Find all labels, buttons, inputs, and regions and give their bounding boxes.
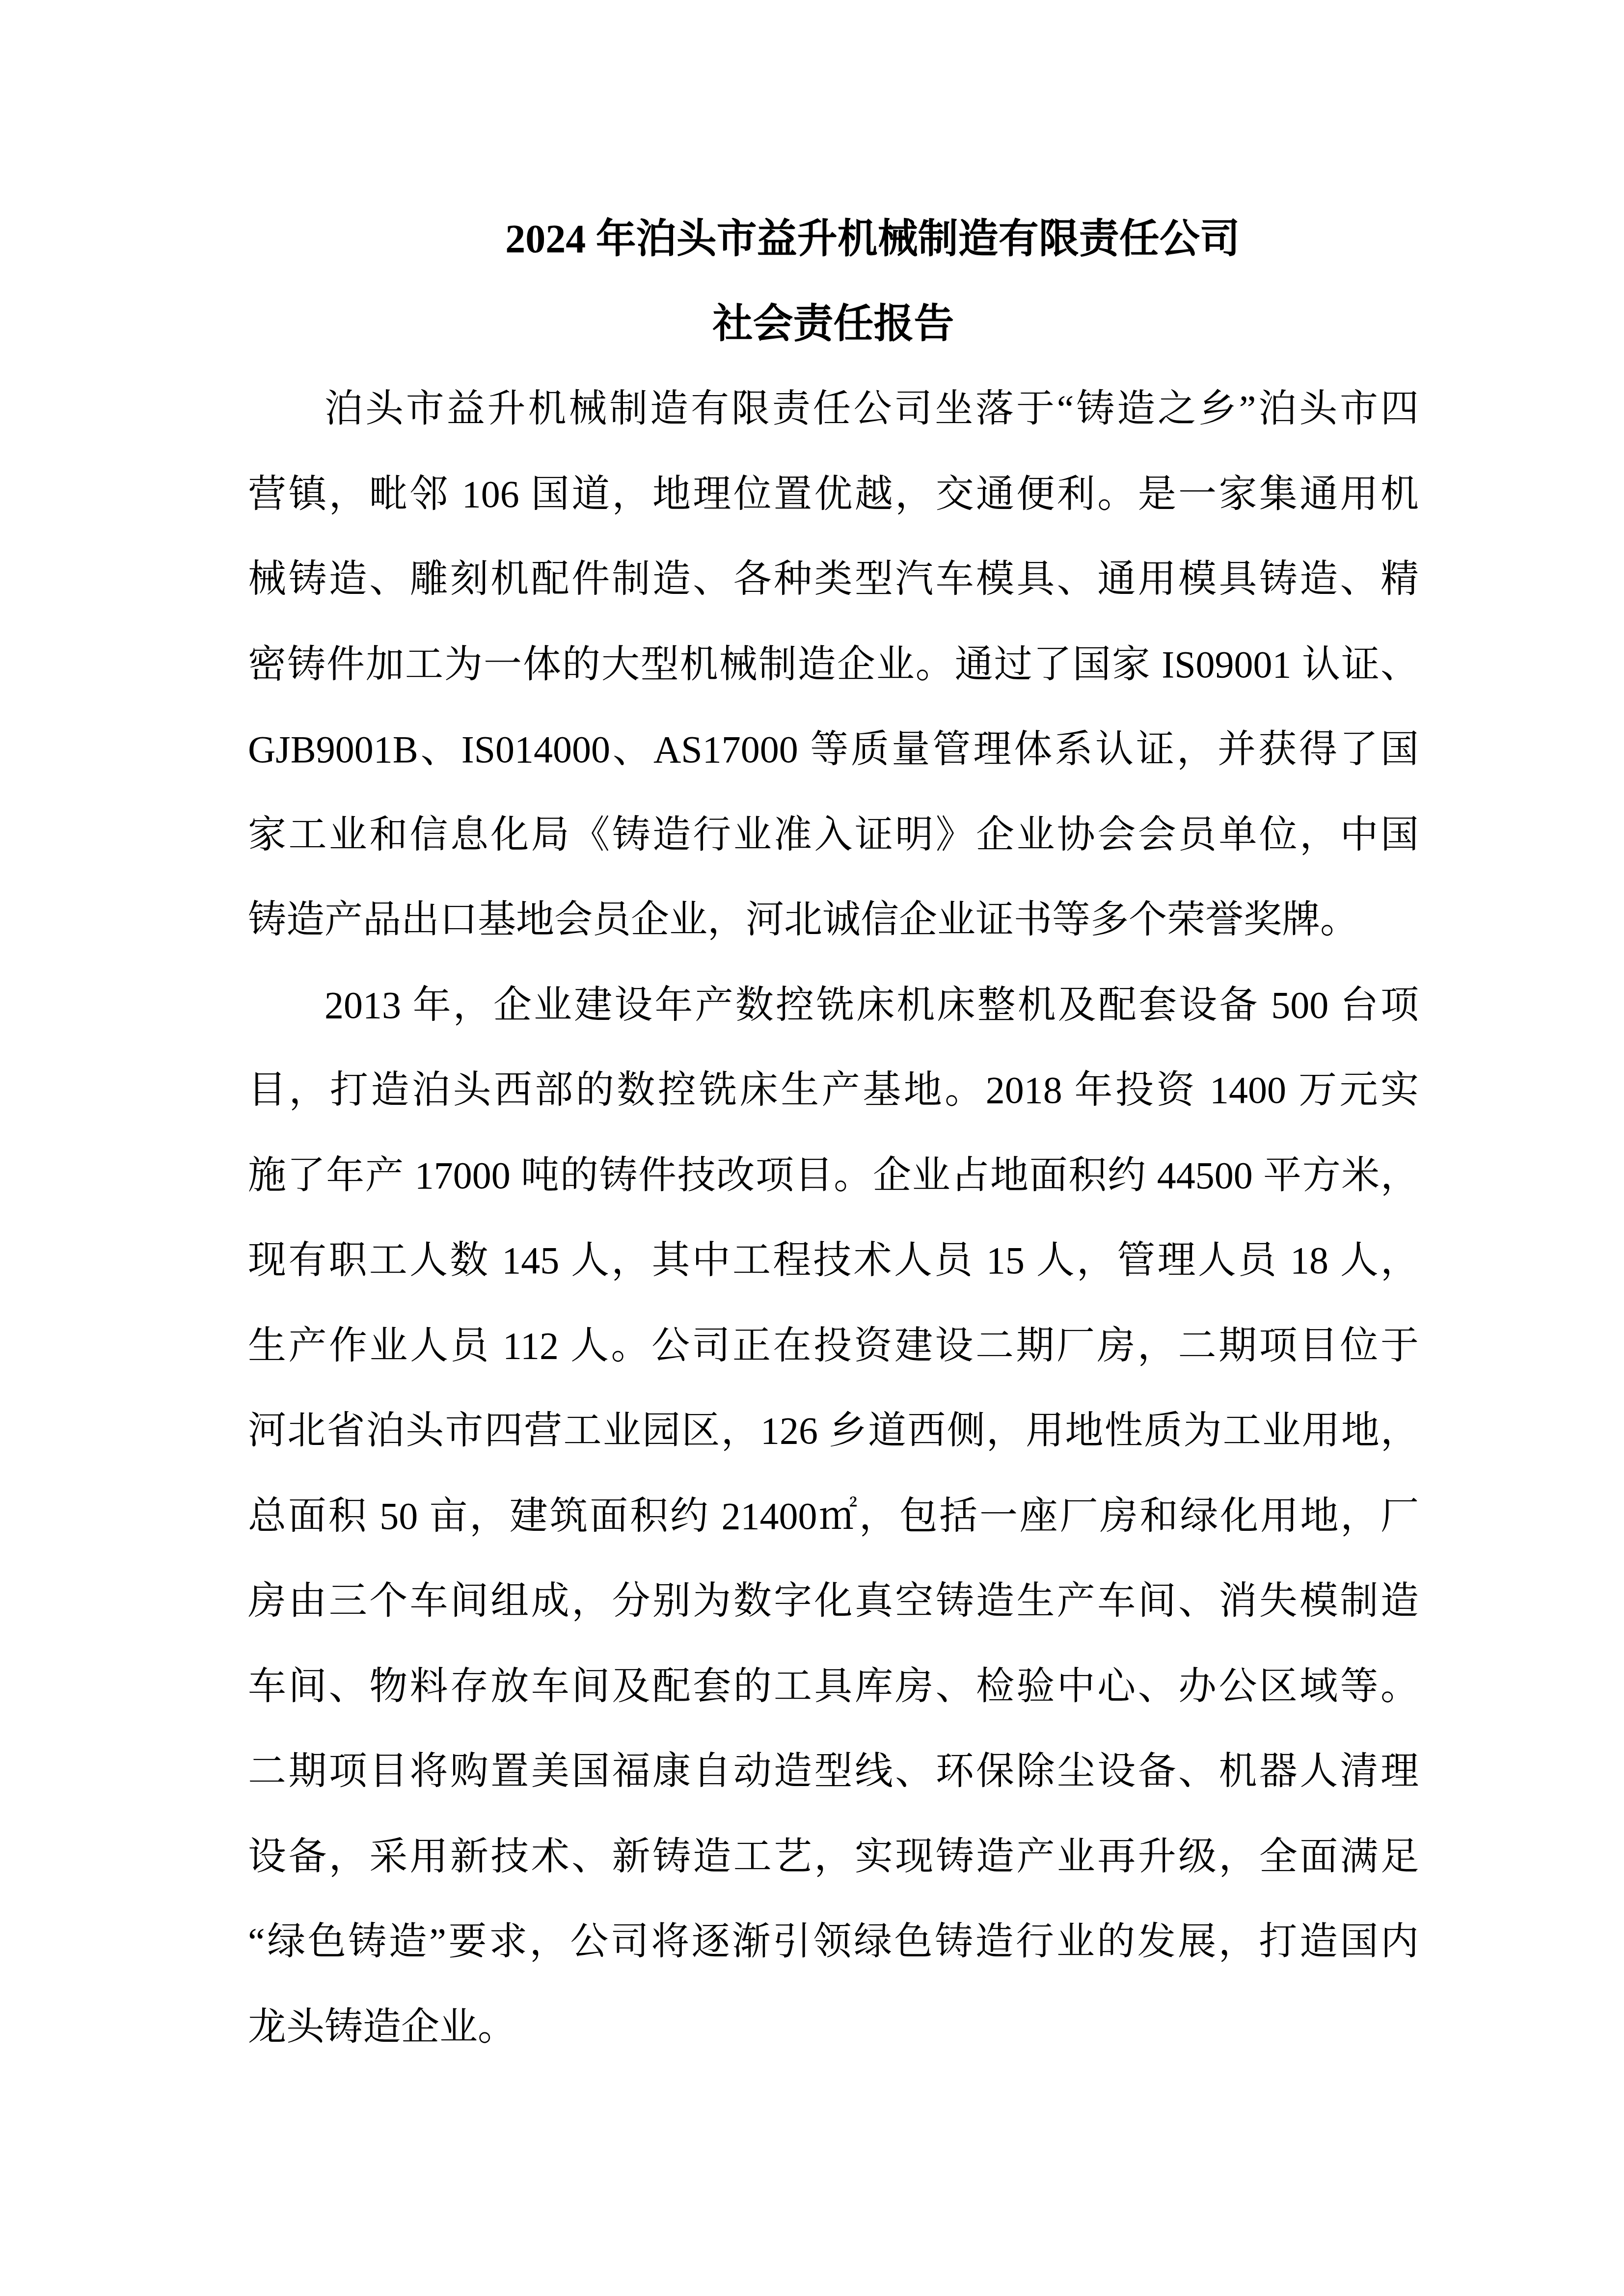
text-line: 铸造产品出口基地会员企业，河北诚信企业证书等多个荣誉奖牌。 [248, 877, 1419, 962]
text-line: 家工业和信息化局《铸造行业准入证明》企业协会会员单位，中国 [248, 792, 1419, 878]
text-line: 施了年产 17000 吨的铸件技改项目。企业占地面积约 44500 平方米， [248, 1133, 1419, 1218]
text-line: 车间、物料存放车间及配套的工具库房、检验中心、办公区域等。 [248, 1644, 1419, 1729]
page-title: 2024 年泊头市益升机械制造有限责任公司 [248, 196, 1419, 281]
text-line: 现有职工人数 145 人，其中工程技术人员 15 人，管理人员 18 人， [248, 1218, 1419, 1303]
document-page: 2024 年泊头市益升机械制造有限责任公司 社会责任报告 泊头市益升机械制造有限… [0, 0, 1624, 2296]
text-line: 泊头市益升机械制造有限责任公司坐落于“铸造之乡”泊头市四 [248, 366, 1419, 452]
text-line: 目，打造泊头西部的数控铣床生产基地。2018 年投资 1400 万元实 [248, 1047, 1419, 1133]
text-line: 密铸件加工为一体的大型机械制造企业。通过了国家 IS09001 认证、 [248, 622, 1419, 707]
text-line: 龙头铸造企业。 [248, 1984, 1419, 2070]
text-line: 房由三个车间组成，分别为数字化真空铸造生产车间、消失模制造 [248, 1558, 1419, 1644]
document-content: 2024 年泊头市益升机械制造有限责任公司 社会责任报告 泊头市益升机械制造有限… [248, 196, 1419, 2069]
text-line: 二期项目将购置美国福康自动造型线、环保除尘设备、机器人清理 [248, 1729, 1419, 1814]
text-line: 总面积 50 亩，建筑面积约 21400㎡，包括一座厂房和绿化用地，厂 [248, 1473, 1419, 1559]
document-body: 泊头市益升机械制造有限责任公司坐落于“铸造之乡”泊头市四营镇，毗邻 106 国道… [248, 366, 1419, 2069]
page-subtitle: 社会责任报告 [248, 281, 1419, 366]
text-line: “绿色铸造”要求，公司将逐渐引领绿色铸造行业的发展，打造国内 [248, 1899, 1419, 1984]
text-line: 河北省泊头市四营工业园区，126 乡道西侧，用地性质为工业用地， [248, 1388, 1419, 1473]
text-line: 营镇，毗邻 106 国道，地理位置优越，交通便利。是一家集通用机 [248, 452, 1419, 537]
text-line: GJB9001B、IS014000、AS17000 等质量管理体系认证，并获得了… [248, 707, 1419, 792]
text-line: 械铸造、雕刻机配件制造、各种类型汽车模具、通用模具铸造、精 [248, 536, 1419, 622]
text-line: 设备，采用新技术、新铸造工艺，实现铸造产业再升级，全面满足 [248, 1814, 1419, 1899]
text-line: 生产作业人员 112 人。公司正在投资建设二期厂房，二期项目位于 [248, 1303, 1419, 1388]
text-line: 2013 年，企业建设年产数控铣床机床整机及配套设备 500 台项 [248, 962, 1419, 1048]
